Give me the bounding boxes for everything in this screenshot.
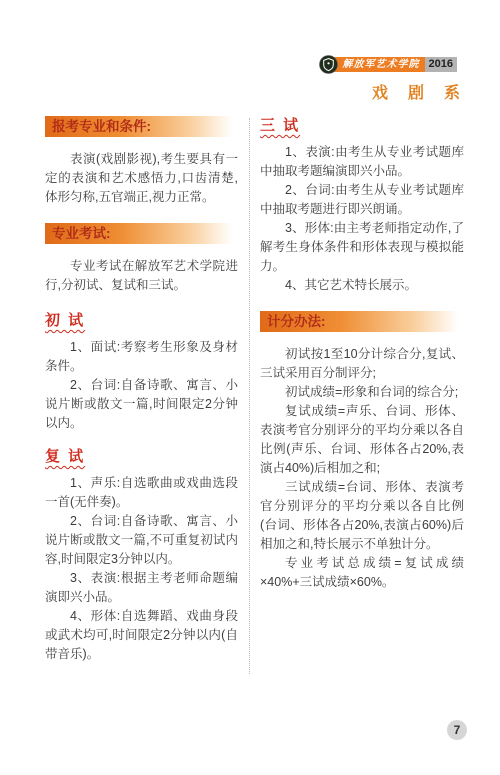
scoring-paragraph: 初试成绩=形象和台词的综合分; — [260, 383, 464, 402]
column-divider — [249, 118, 250, 674]
scoring-paragraph: 复试成绩=声乐、台词、形体、表演考官分别评分的平均分乘以各自比例(声乐、台词、形… — [260, 402, 464, 478]
academy-name: 解放军艺术学院 — [334, 57, 425, 72]
round3-item: 2、台词:由考生从专业考试题库中抽取考题进行即兴朗诵。 — [260, 181, 464, 219]
page-title: 戏 剧 系 — [372, 80, 468, 103]
scoring-paragraph: 专业考试总成绩=复试成绩×40%+三试成绩×60%。 — [260, 554, 464, 592]
round2-item: 3、表演:根据主考老师命题编演即兴小品。 — [45, 569, 238, 607]
round1-item: 1、面试:考察考生形象及身材条件。 — [45, 338, 238, 376]
content-area: 报考专业和条件: 表演(戏剧影视),考生要具有一定的表演和艺术感悟力,口齿清楚,… — [45, 116, 464, 674]
round2-item: 1、声乐:自选歌曲或戏曲选段一首(无伴奏)。 — [45, 474, 238, 512]
requirements-text: 表演(戏剧影视),考生要具有一定的表演和艺术感悟力,口齿清楚,体形匀称,五官端正… — [45, 150, 238, 207]
scoring-paragraph: 三试成绩=台词、形体、表演考官分别评分的平均分乘以各自比例(台词、形体各占20%… — [260, 478, 464, 554]
round2-item: 4、形体:自选舞蹈、戏曲身段或武术均可,时间限定2分钟以内(自带音乐)。 — [45, 607, 238, 664]
brand-badge: 解放军艺术学院 2016 — [319, 55, 457, 73]
page-number: 7 — [447, 720, 467, 740]
round2-item: 2、台词:自备诗歌、寓言、小说片断或散文一篇,不可重复初试内容,时间限定3分钟以… — [45, 512, 238, 569]
section-heading-exam: 专业考试: — [45, 223, 238, 244]
section-heading-requirements: 报考专业和条件: — [45, 116, 238, 137]
round3-title: 三 试 — [260, 116, 464, 136]
brand-year: 2016 — [425, 57, 457, 72]
left-column: 报考专业和条件: 表演(戏剧影视),考生要具有一定的表演和艺术感悟力,口齿清楚,… — [45, 116, 238, 674]
round2-title: 复 试 — [45, 447, 238, 467]
round1-title: 初 试 — [45, 311, 238, 331]
round3-item: 4、其它艺术特长展示。 — [260, 276, 464, 295]
exam-intro-text: 专业考试在解放军艺术学院进行,分初试、复试和三试。 — [45, 257, 238, 295]
right-column: 三 试 1、表演:由考生从专业考试题库中抽取考题编演即兴小品。 2、台词:由考生… — [260, 116, 464, 674]
scoring-paragraph: 初试按1至10分计综合分,复试、三试采用百分制评分; — [260, 345, 464, 383]
round3-item: 1、表演:由考生从专业考试题库中抽取考题编演即兴小品。 — [260, 143, 464, 181]
brochure-page: 解放军艺术学院 2016 戏 剧 系 报考专业和条件: 表演(戏剧影视),考生要… — [0, 0, 500, 775]
round3-item: 3、形体:由主考老师指定动作,了解考生身体条件和形体表现与模拟能力。 — [260, 219, 464, 276]
section-heading-scoring: 计分办法: — [260, 311, 464, 332]
academy-shield-emblem-icon — [319, 55, 338, 74]
round1-item: 2、台词:自备诗歌、寓言、小说片断或散文一篇,时间限定2分钟以内。 — [45, 376, 238, 433]
